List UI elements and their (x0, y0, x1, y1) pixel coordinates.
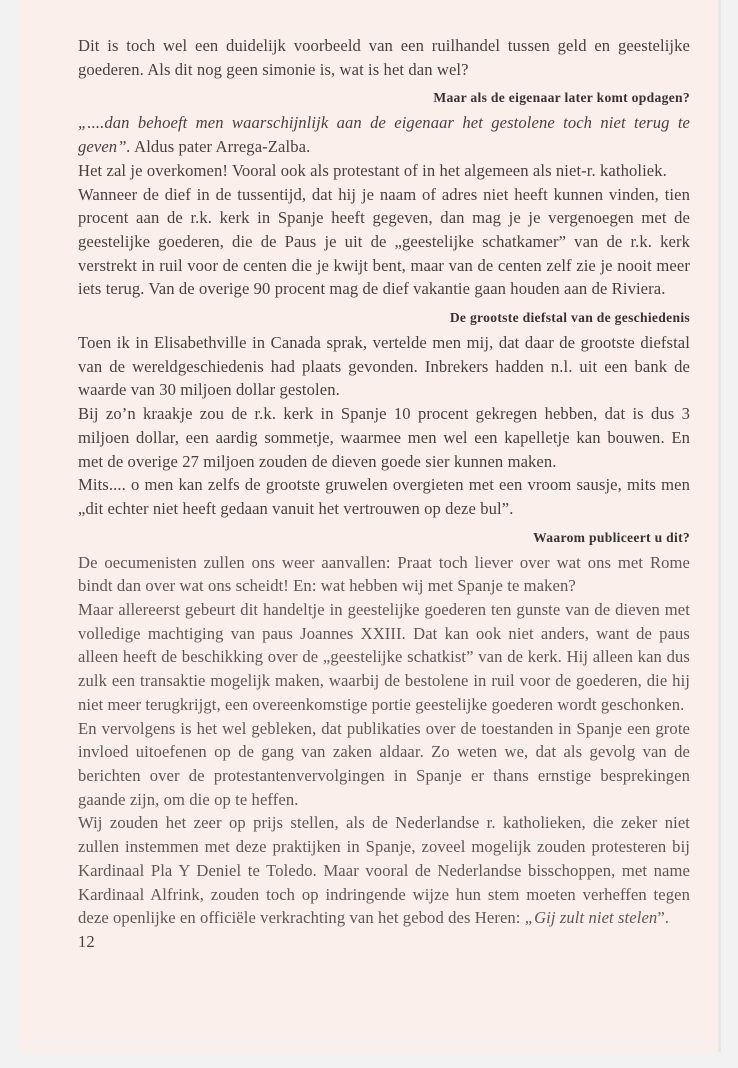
paragraph: Toen ik in Elisabethville in Canada spra… (78, 331, 690, 402)
quote-attribution: Aldus pater Arrega-Zalba. (131, 137, 311, 156)
page-number: 12 (78, 930, 690, 954)
paragraph: Het zal je overkomen! Vooral ook als pro… (78, 159, 690, 183)
section-heading: Waarom publiceert u dit? (78, 527, 690, 549)
book-page: Dit is toch wel een duidelijk voorbeeld … (18, 0, 718, 1052)
page-body: Dit is toch wel een duidelijk voorbeeld … (78, 34, 690, 954)
paragraph: En vervolgens is het wel gebleken, dat p… (78, 717, 690, 812)
paragraph: Dit is toch wel een duidelijk voorbeeld … (78, 34, 690, 81)
paragraph-quote: „....dan behoeft men waarschijnlijk aan … (78, 111, 690, 158)
closing-quote-mark: ”. (657, 908, 669, 927)
paragraph: Bij zo’n kraakje zou de r.k. kerk in Spa… (78, 402, 690, 473)
section-heading: Maar als de eigenaar later komt opdagen? (78, 87, 690, 109)
paragraph: Maar allereerst gebeurt dit handeltje in… (78, 598, 690, 717)
italic-commandment: „Gij zult niet stelen (525, 908, 658, 927)
paragraph: Wanneer de dief in de tussentijd, dat hi… (78, 183, 690, 302)
paragraph-closing: Wij zouden het zeer op prijs stellen, al… (78, 811, 690, 930)
section-heading: De grootste diefstal van de geschiedenis (78, 307, 690, 329)
paragraph: De oecumenisten zullen ons weer aanvalle… (78, 551, 690, 598)
paragraph: Mits.... o men kan zelfs de grootste gru… (78, 473, 690, 520)
